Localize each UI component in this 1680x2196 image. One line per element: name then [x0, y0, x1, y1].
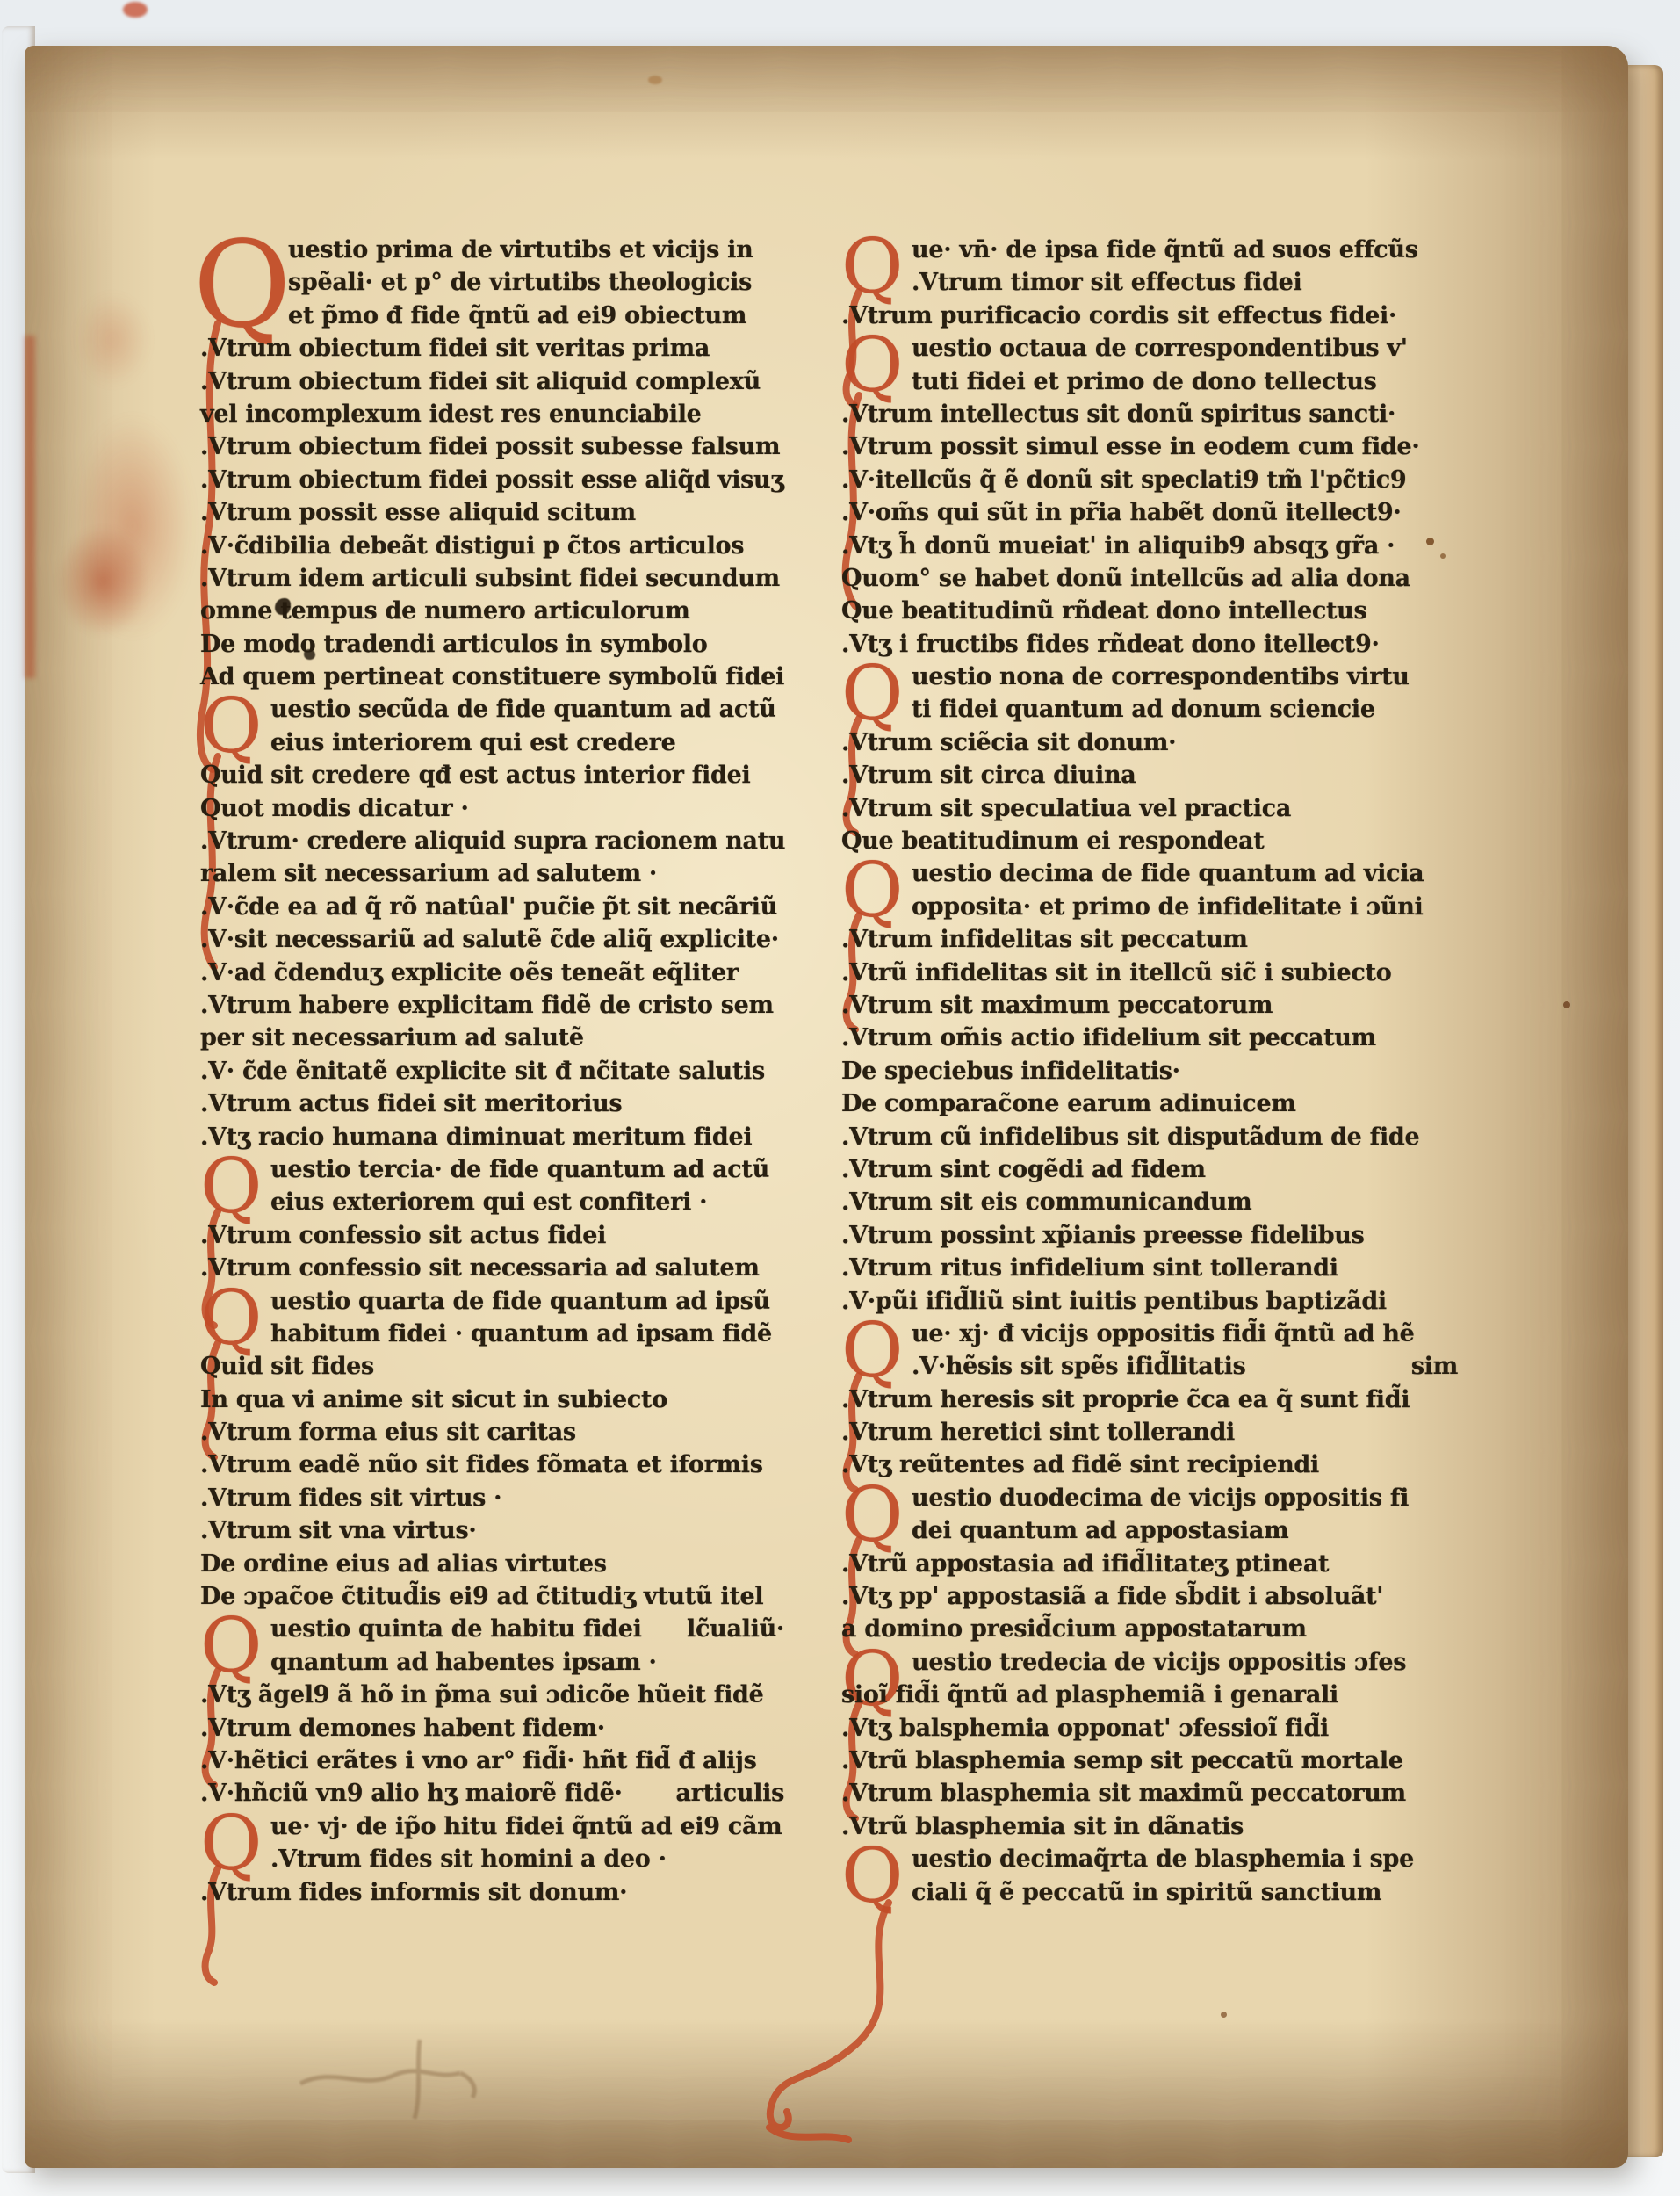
question-line: .Vtrũ blasphemia semp sit peccatũ mortal… [841, 1745, 1458, 1777]
line-text: tuti fidei et primo de dono tellectus [912, 368, 1377, 395]
question-line: eius exteriorem qui est confiteri · [200, 1186, 784, 1218]
question-line: .Vtrum eadẽ nũo sit fides fõmata et ifor… [200, 1448, 784, 1481]
line-text: .Vtrum infidelitas sit peccatum [841, 926, 1248, 953]
question-line: .Vtrum fides informis sit donum· [200, 1876, 784, 1909]
question-heading-line: Que· xj· đ vicijs oppositis fid̃i q̃ntũ … [841, 1318, 1458, 1350]
line-text: per sit necessarium ad salutẽ [200, 1024, 584, 1051]
question-line: .V·c̃dibilia debeãt distigui p c̃tos art… [200, 530, 784, 562]
line-text: spẽali· et p° de virtutibs theologicis [288, 269, 752, 296]
question-line: .Vtrum obiectum fidei sit veritas prima [200, 332, 784, 365]
line-text: .V·om̃s qui sũt in pr̃ia habẽt donũ itel… [841, 499, 1401, 526]
question-line: .Vtrum fides sit homini a deo · [200, 1843, 784, 1875]
question-line: Que beatitudinum ei respondeat [841, 825, 1458, 857]
line-text: .Vtʒ h̃ donũ mueiat' in aliquib9 absqʒ g… [841, 532, 1395, 560]
question-line: tuti fidei et primo de dono tellectus [841, 365, 1458, 398]
question-line: spẽali· et p° de virtutibs theologicis [200, 266, 784, 299]
line-text: .Vtrum fides sit virtus · [200, 1484, 501, 1512]
line-text: ue· vj· de ip̃o hitu fidei q̃ntũ ad ei9 … [270, 1813, 782, 1840]
red-ink-stain [60, 274, 165, 406]
line-text: .Vtrũ appostasia ad ifid̃litateʒ ptineat [841, 1550, 1329, 1578]
question-line: De ɔpac̃oe c̃titud̃is ei9 ad c̃titudiʒ v… [200, 1580, 784, 1613]
foxing-speck [1221, 2012, 1227, 2018]
line-text: .Vtrum eadẽ nũo sit fides fõmata et ifor… [200, 1451, 763, 1478]
line-text: .Vtrum actus fidei sit meritorius [200, 1090, 622, 1117]
line-text: De ordine eius ad alias virtutes [200, 1550, 607, 1578]
line-text: .Vtrum heretici sint tollerandi [841, 1419, 1235, 1446]
text-column-left: Questio prima de virtutibs et vicijs ins… [200, 234, 784, 1909]
question-line: dei quantum ad appostasiam [841, 1514, 1458, 1547]
question-line: .Vtrum sint cogẽdi ad fidem [841, 1153, 1458, 1186]
question-line: vel incomplexum idest res enunciabile [200, 398, 784, 430]
question-line: .Vtrum sit speculatiua vel practica [841, 792, 1458, 825]
line-text: vel incomplexum idest res enunciabile [200, 401, 702, 428]
question-line: .Vtrum heresis sit proprie c̃ca ea q̃ su… [841, 1383, 1458, 1416]
line-text: eius interiorem qui est credere [270, 729, 676, 756]
line-text: .V·ad c̃denduʒ explicite oẽs teneãt eq̃l… [200, 959, 739, 986]
question-line: .Vtrum confessio sit necessaria ad salut… [200, 1252, 784, 1284]
question-line: .Vtrum purificacio cordis sit effectus f… [841, 300, 1458, 332]
question-line: .V·pũi ifid̃liũ sint iuitis pentibus bap… [841, 1285, 1458, 1318]
line-text: .V·c̃de ea ad q̃ rõ natûal' puc̃ie p̃t s… [200, 893, 777, 921]
line-text: .Vtrum sit eis communicandum [841, 1188, 1251, 1216]
line-text: eius exteriorem qui est confiteri · [270, 1188, 707, 1216]
question-line: De speciebus infidelitatis· [841, 1055, 1458, 1087]
question-line: sioĩ fid̃i q̃ntũ ad plasphemiã i genaral… [841, 1679, 1458, 1711]
line-text: .V·pũi ifid̃liũ sint iuitis pentibus bap… [841, 1288, 1387, 1315]
line-text: .Vtrum· credere aliquid supra racionem n… [200, 827, 785, 855]
question-line: Quot modis dicatur · [200, 792, 784, 825]
line-text: uestio quinta de habitu fidei [270, 1615, 642, 1643]
question-line: .Vtrum· credere aliquid supra racionem n… [200, 825, 784, 857]
line-text: .Vtrum sciẽcia sit donum· [841, 729, 1176, 756]
line-text: .V·hẽsis sit spẽs ifid̃litatis [912, 1353, 1246, 1380]
question-line: .V·om̃s qui sũt in pr̃ia habẽt donũ itel… [841, 496, 1458, 529]
question-line: .Vtrum confessio sit actus fidei [200, 1219, 784, 1252]
question-heading-line: Questio decimaq̃rta de blasphemia i spe [841, 1843, 1458, 1875]
question-line: Que beatitudinũ rñdeat dono intellectus [841, 595, 1458, 627]
question-heading-line: Questio nona de correspondentibs virtu [841, 661, 1458, 693]
question-line: .Vtʒ h̃ donũ mueiat' in aliquib9 absqʒ g… [841, 530, 1458, 562]
question-heading-line: Questio tredecia de vicijs oppositis ɔfe… [841, 1646, 1458, 1679]
line-text: .Vtrum sit circa diuina [841, 762, 1136, 789]
question-line: .Vtrũ infidelitas sit in itellcũ sic̃ i … [841, 957, 1458, 989]
question-line: .Vtʒ ãgel9 ã hõ in p̃ma sui ɔdicõe hũeit… [200, 1679, 784, 1711]
line-text: ralem sit necessarium ad salutem · [200, 860, 657, 887]
question-line: .Vtrum possit esse aliquid scitum [200, 496, 784, 529]
question-line: opposita· et primo de infidelitate i ɔũn… [841, 891, 1458, 923]
underlying-leaf-edge-right [1623, 65, 1663, 2157]
line-text: .Vtrum om̃is actio ifidelium sit peccatu… [841, 1024, 1376, 1051]
question-line: .Vtrum sit eis communicandum [841, 1186, 1458, 1218]
line-text: .Vtrum possint xp̃ianis preesse fidelibu… [841, 1222, 1365, 1249]
line-text: uestio nona de correspondentibs virtu [912, 663, 1410, 690]
line-text: uestio decima de fide quantum ad vicia [912, 860, 1424, 887]
line-text: .V·c̃dibilia debeãt distigui p c̃tos art… [200, 532, 744, 560]
question-line: .Vtrum cũ infidelibus sit disputãdum de … [841, 1121, 1458, 1153]
line-text: .Vtrum possit esse aliquid scitum [200, 499, 636, 526]
question-line: .Vtrum sit circa diuina [841, 759, 1458, 791]
initial-tail-decoration [757, 1897, 915, 2161]
question-line: .Vtrum idem articuli subsint fidei secun… [200, 562, 784, 595]
question-line: De modo tradendi articulos in symbolo [200, 628, 784, 661]
question-line: Quid sit credere qđ est actus interior f… [200, 759, 784, 791]
question-line: .Vtrum obiectum fidei possit esse aliq̃d… [200, 464, 784, 496]
line-text: habitum fidei · quantum ad ipsam fidẽ [270, 1320, 772, 1347]
line-text: ue· vn̄· de ipsa fide q̃ntũ ad suos effc… [912, 236, 1418, 264]
red-ink-stain [49, 372, 216, 680]
question-line: ralem sit necessarium ad salutem · [200, 857, 784, 890]
question-line: .Vtrum obiectum fidei sit aliquid comple… [200, 365, 784, 398]
question-line: .Vtrum habere explicitam fidẽ de cristo … [200, 989, 784, 1022]
line-text: .V· c̃de ẽnitatẽ explicite sit đ nc̃itat… [200, 1058, 765, 1085]
line-text: uestio octaua de correspondentibus v' [912, 335, 1408, 362]
question-line: .Vtrum intellectus sit donũ spiritus san… [841, 398, 1458, 430]
question-line: .Vtrũ blasphemia sit in dãnatis [841, 1810, 1458, 1843]
question-line: .Vtrum timor sit effectus fidei [841, 266, 1458, 299]
question-line: .Vtrum sit maximum peccatorum [841, 989, 1458, 1022]
line-text: .Vtʒ reũtentes ad fidẽ sint recipiendi [841, 1451, 1319, 1478]
question-line: In qua vi anime sit sicut in subiecto [200, 1383, 784, 1416]
line-text: .Vtrum ritus infidelium sint tollerandi [841, 1254, 1338, 1282]
line-text: .Vtʒ ãgel9 ã hõ in p̃ma sui ɔdicõe hũeit… [200, 1681, 764, 1708]
line-text: .Vtrum sit speculatiua vel practica [841, 795, 1291, 822]
line-text: .Vtrum idem articuli subsint fidei secun… [200, 565, 780, 592]
question-line: .Vtʒ pp' appostasiã a fide sb̃dit i abso… [841, 1580, 1458, 1613]
line-text: uestio quarta de fide quantum ad ipsũ [270, 1288, 770, 1315]
line-text: .Vtrum forma eius sit caritas [200, 1419, 576, 1446]
line-text: opposita· et primo de infidelitate i ɔũn… [912, 893, 1424, 921]
line-right-fragment: articulis [675, 1777, 784, 1810]
line-text: .Vtrum blasphemia sit maximũ peccatorum [841, 1780, 1406, 1807]
question-line: .Vtrum sit vna virtus· [200, 1514, 784, 1547]
question-heading-line: Qlc̃ualiũ·uestio quinta de habitu fidei [200, 1613, 784, 1645]
foxing-speck [1563, 1001, 1570, 1008]
line-text: .Vtrum habere explicitam fidẽ de cristo … [200, 992, 774, 1019]
question-line: ti fidei quantum ad donum sciencie [841, 693, 1458, 726]
line-text: .Vtrum heresis sit proprie c̃ca ea q̃ su… [841, 1386, 1410, 1413]
line-text: .Vtrum sint cogẽdi ad fidem [841, 1156, 1206, 1183]
question-line: a domino presid̃cium appostatarum [841, 1613, 1458, 1645]
question-line: .Vtrum possint xp̃ianis preesse fidelibu… [841, 1219, 1458, 1252]
line-text: omne tempus de numero articulorum [200, 597, 690, 625]
question-line: .Vtrum obiectum fidei possit subesse fal… [200, 430, 784, 463]
line-text: .V·hẽtici erãtes i vno ar° fid̃i· hñt fi… [200, 1747, 756, 1774]
line-text: .Vtrum demones habent fidem· [200, 1715, 605, 1742]
marginal-inscription [288, 2027, 508, 2142]
question-line: .Vtrum heretici sint tollerandi [841, 1416, 1458, 1448]
line-text: Que beatitudinũ rñdeat dono intellectus [841, 597, 1366, 625]
question-line: .Vtrum blasphemia sit maximũ peccatorum [841, 1777, 1458, 1810]
question-line: .V·ad c̃denduʒ explicite oẽs teneãt eq̃l… [200, 957, 784, 989]
question-line: .V·sit necessariũ ad salutẽ c̃de aliq̃ e… [200, 923, 784, 956]
line-text: uestio tredecia de vicijs oppositis ɔfes [912, 1649, 1406, 1676]
line-text: .Vtrum purificacio cordis sit effectus f… [841, 302, 1396, 329]
question-line: et p̃mo đ fide q̃ntũ ad ei9 obiectum [200, 300, 784, 332]
line-text: De ɔpac̃oe c̃titud̃is ei9 ad c̃titudiʒ v… [200, 1583, 763, 1610]
photo-background: Questio prima de virtutibs et vicijs ins… [0, 0, 1680, 2196]
question-line: eius interiorem qui est credere [200, 726, 784, 759]
line-text: Que beatitudinum ei respondeat [841, 827, 1264, 855]
question-line: .V·itellcũs q̃ ẽ donũ sit speclati9 tm̃ … [841, 464, 1458, 496]
line-text: .Vtrum possit simul esse in eodem cum fi… [841, 433, 1420, 460]
red-ink-speck [123, 2, 148, 18]
line-text: Quom° se habet donũ intellcũs ad alia do… [841, 565, 1410, 592]
foxing-speck [648, 76, 662, 84]
red-ink-stain-edge [25, 336, 35, 678]
line-text: .Vtrum confessio sit actus fidei [200, 1222, 606, 1249]
question-line: omne tempus de numero articulorum [200, 595, 784, 627]
question-heading-line: Que· vn̄· de ipsa fide q̃ntũ ad suos eff… [841, 234, 1458, 266]
line-text: In qua vi anime sit sicut in subiecto [200, 1386, 667, 1413]
question-line: sim.V·hẽsis sit spẽs ifid̃litatis [841, 1350, 1458, 1383]
line-text: a domino presid̃cium appostatarum [841, 1615, 1307, 1643]
question-heading-line: Questio octaua de correspondentibus v' [841, 332, 1458, 365]
line-text: .V·sit necessariũ ad salutẽ c̃de aliq̃ e… [200, 926, 779, 953]
line-text: .Vtrũ infidelitas sit in itellcũ sic̃ i … [841, 959, 1391, 986]
line-text: .Vtrum confessio sit necessaria ad salut… [200, 1254, 760, 1282]
question-line: .Vtrum forma eius sit caritas [200, 1416, 784, 1448]
line-text: et p̃mo đ fide q̃ntũ ad ei9 obiectum [288, 302, 746, 329]
question-heading-line: Questio quarta de fide quantum ad ipsũ [200, 1285, 784, 1318]
line-text: .Vtrũ blasphemia semp sit peccatũ mortal… [841, 1747, 1403, 1774]
question-line: articulis.V·hñciũ vn9 alio hʒ maiorẽ fid… [200, 1777, 784, 1810]
line-right-fragment: lc̃ualiũ· [687, 1613, 784, 1645]
question-heading-line: Questio decima de fide quantum ad vicia [841, 857, 1458, 890]
line-text: .Vtrum obiectum fidei sit veritas prima [200, 335, 710, 362]
line-text: .Vtʒ pp' appostasiã a fide sb̃dit i abso… [841, 1583, 1383, 1610]
line-text: Ad quem pertineat constituere symbolũ fi… [200, 663, 784, 690]
question-line: .Vtʒ racio humana diminuat meritum fidei [200, 1121, 784, 1153]
line-text: uestio decimaq̃rta de blasphemia i spe [912, 1846, 1414, 1873]
question-line: .Vtʒ balsphemia opponat' ɔfessioĩ fid̃i [841, 1712, 1458, 1745]
question-heading-line: Que· vj· de ip̃o hitu fidei q̃ntũ ad ei9… [200, 1810, 784, 1843]
line-text: De modo tradendi articulos in symbolo [200, 631, 707, 658]
line-text: ti fidei quantum ad donum sciencie [912, 696, 1375, 723]
line-text: dei quantum ad appostasiam [912, 1517, 1288, 1544]
question-line: .Vtrum demones habent fidem· [200, 1712, 784, 1745]
question-line: .V· c̃de ẽnitatẽ explicite sit đ nc̃itat… [200, 1055, 784, 1087]
question-line: ciali q̃ ẽ peccatũ in spiritũ sanctium [841, 1876, 1458, 1909]
line-text: .Vtrum sit vna virtus· [200, 1517, 476, 1544]
line-text: Quid sit fides [200, 1353, 374, 1380]
line-text: .Vtʒ balsphemia opponat' ɔfessioĩ fid̃i [841, 1715, 1329, 1742]
line-text: .Vtʒ racio humana diminuat meritum fidei [200, 1123, 752, 1151]
line-text: .V·hñciũ vn9 alio hʒ maiorẽ fidẽ· [200, 1780, 623, 1807]
question-line: qnantum ad habentes ipsam · [200, 1646, 784, 1679]
question-heading-line: Questio secũda de fide quantum ad actũ [200, 693, 784, 726]
line-text: .Vtrum obiectum fidei sit aliquid comple… [200, 368, 761, 395]
line-text: sioĩ fid̃i q̃ntũ ad plasphemiã i genaral… [841, 1681, 1338, 1708]
question-line: .Vtrum om̃is actio ifidelium sit peccatu… [841, 1022, 1458, 1054]
line-text: .Vtrum intellectus sit donũ spiritus san… [841, 401, 1395, 428]
line-text: .V·itellcũs q̃ ẽ donũ sit speclati9 tm̃ … [841, 466, 1406, 494]
question-line: .Vtrũ appostasia ad ifid̃litateʒ ptineat [841, 1548, 1458, 1580]
question-line: .Vtrum sciẽcia sit donum· [841, 726, 1458, 759]
line-text: .Vtʒ i fructibs fides rñdeat dono itelle… [841, 631, 1380, 658]
question-line: Quid sit fides [200, 1350, 784, 1383]
question-line: .V·hẽtici erãtes i vno ar° fid̃i· hñt fi… [200, 1745, 784, 1777]
question-line: .Vtrum actus fidei sit meritorius [200, 1087, 784, 1120]
question-line: Ad quem pertineat constituere symbolũ fi… [200, 661, 784, 693]
question-line: .Vtrum possit simul esse in eodem cum fi… [841, 430, 1458, 463]
question-line: .Vtrum ritus infidelium sint tollerandi [841, 1252, 1458, 1284]
line-text: Quot modis dicatur · [200, 795, 469, 822]
line-text: .Vtrum timor sit effectus fidei [912, 269, 1302, 296]
line-right-fragment: sim [1411, 1350, 1458, 1383]
question-line: per sit necessarium ad salutẽ [200, 1022, 784, 1054]
question-line: De ordine eius ad alias virtutes [200, 1548, 784, 1580]
line-text: .Vtrum obiectum fidei possit esse aliq̃d… [200, 466, 783, 494]
question-line: .V·c̃de ea ad q̃ rõ natûal' puc̃ie p̃t s… [200, 891, 784, 923]
question-line: .Vtrum fides sit virtus · [200, 1482, 784, 1514]
question-heading-line: Questio duodecima de vicijs oppositis fi [841, 1482, 1458, 1514]
line-text: uestio prima de virtutibs et vicijs in [288, 236, 753, 264]
question-line: De comparac̃one earum adinuicem [841, 1087, 1458, 1120]
question-line: habitum fidei · quantum ad ipsam fidẽ [200, 1318, 784, 1350]
question-line: .Vtʒ reũtentes ad fidẽ sint recipiendi [841, 1448, 1458, 1481]
question-heading-line: Questio tercia· de fide quantum ad actũ [200, 1153, 784, 1186]
line-text: ue· xj· đ vicijs oppositis fid̃i q̃ntũ a… [912, 1320, 1415, 1347]
line-text: ciali q̃ ẽ peccatũ in spiritũ sanctium [912, 1879, 1381, 1906]
line-text: .Vtrum sit maximum peccatorum [841, 992, 1273, 1019]
question-line: .Vtʒ i fructibs fides rñdeat dono itelle… [841, 628, 1458, 661]
line-text: Quid sit credere qđ est actus interior f… [200, 762, 750, 789]
text-column-right: Que· vn̄· de ipsa fide q̃ntũ ad suos eff… [841, 234, 1458, 1909]
line-text: uestio secũda de fide quantum ad actũ [270, 696, 776, 723]
line-text: .Vtrum cũ infidelibus sit disputãdum de … [841, 1123, 1419, 1151]
question-heading-line: Questio prima de virtutibs et vicijs in [200, 234, 784, 266]
line-text: uestio tercia· de fide quantum ad actũ [270, 1156, 769, 1183]
line-text: uestio duodecima de vicijs oppositis fi [912, 1484, 1409, 1512]
question-line: Quom° se habet donũ intellcũs ad alia do… [841, 562, 1458, 595]
red-ink-stain [37, 502, 169, 661]
line-text: .Vtrum fides sit homini a deo · [270, 1846, 667, 1873]
line-text: De comparac̃one earum adinuicem [841, 1090, 1296, 1117]
line-text: .Vtrum fides informis sit donum· [200, 1879, 627, 1906]
line-text: .Vtrum obiectum fidei possit subesse fal… [200, 433, 780, 460]
question-line: .Vtrum infidelitas sit peccatum [841, 923, 1458, 956]
line-text: qnantum ad habentes ipsam · [270, 1649, 657, 1676]
line-text: De speciebus infidelitatis· [841, 1058, 1180, 1085]
book-page: Questio prima de virtutibs et vicijs ins… [25, 46, 1628, 2168]
